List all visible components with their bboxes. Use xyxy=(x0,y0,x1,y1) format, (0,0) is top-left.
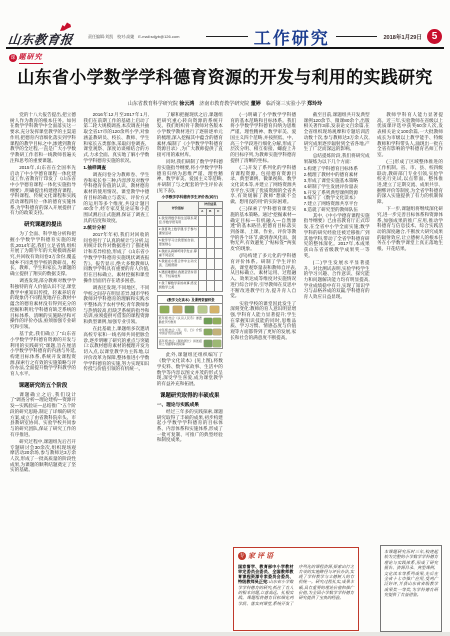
body-paragraph: 经过三年多的实践探索,课题研究取得了丰硕的成果,初步构建起小学数学学科德育的目标… xyxy=(157,409,223,443)
table-header-option: A xyxy=(198,209,206,216)
table-row: 6.遇到难题时,我愿意坚持思考、不轻易放弃 xyxy=(157,270,222,281)
table-cell-result xyxy=(214,270,222,281)
body-column-3: 了解和把握现状之后,课题组把研究重心转向资源的系统开发。我们组织骨干教师对各版本… xyxy=(157,112,223,630)
expert-comment-text: 国家督学、教育部中小学教材审定委员会委员、全国教师教育课程资源专家委员会委员、特… xyxy=(238,564,354,606)
table-header-option: C xyxy=(214,209,222,216)
material-row: 高年级:结合《圆的周长》讲述祖冲之与圆周率的故事 xyxy=(158,338,222,348)
body-paragraph: 调查还发现,不同地区、不同学校之间存在明显差异,城市学校教师对学科德育的理解和实… xyxy=(83,285,149,325)
body-paragraph: (二)学生发展水平显著提升。对比测试表明,实验学校学生的学习兴趣、合作意识、探究… xyxy=(304,260,370,300)
column-heading: 课题研究的五个阶段 xyxy=(10,381,76,389)
body-paragraph: 党的十八大报告提出,把立德树人作为教育的根本任务。如何在数学学科教学中全面落实这… xyxy=(10,112,76,163)
table-row: 3.数学学习让我更加自信、更加细心 xyxy=(157,237,222,248)
body-paragraph: (一)明确了小学数学学科德育的基本范畴和目标体系。我们将小学数学学科德育归纳为思… xyxy=(230,112,296,163)
expert-box-header: 专 家评语 xyxy=(238,551,354,561)
material-thumbnail-image xyxy=(185,306,194,313)
material-row: 低年级:结合《认识人民币》渗透勤俭节约教育 xyxy=(158,316,222,327)
body-column-4: (一)明确了小学数学学科德育的基本范畴和目标体系。我们将小学数学学科德育归纳为思… xyxy=(230,112,296,542)
material-thumbnail-image xyxy=(210,306,219,313)
body-paragraph: (三)形成了区域整体推进的工作机制。省、市、县、校四级联动,教研部门专业引领,实… xyxy=(377,159,443,205)
body-paragraph: 同时,我们研制了数学学科德育实施指导纲要,将小学数学学科德育归纳为思维严谨、理性… xyxy=(157,159,223,193)
body-paragraph: 总结提炼阶段,我们将研究成果凝练为以下几个方面: xyxy=(304,153,370,164)
author-name: 徐云鸿 xyxy=(179,101,194,107)
material-thumbnail-image xyxy=(204,340,212,347)
body-column-2: 2016年12月至2017年1月,我们在前期工作的基础上启动了第二轮大规模调查,… xyxy=(83,112,149,630)
table-cell-result xyxy=(206,248,214,259)
table-cell-result xyxy=(206,259,214,270)
table-cell-indicator: 4.我能认真倾听同学发言,尊重不同意见 xyxy=(157,248,198,259)
body-paragraph: 实验学校的课堂因此发生了深刻变化:教师的育人意识明显增强,学科育人能力显著提升;… xyxy=(230,301,296,341)
issue-date: 2018年1月29日 xyxy=(383,33,422,41)
body-paragraph: 其中,《中小学德育课程实施指导纲要》已由省教育厅正式印发,在全省中小学全面实施;… xyxy=(304,213,370,259)
material-box-caption: 《数学文化读本》及课例资源样张 xyxy=(158,296,222,304)
material-row: 中年级:结合《年、月、日》介绍中国古代历法成就 xyxy=(158,327,222,338)
table-cell-result xyxy=(198,226,206,237)
article-byline: 山东省教育科学研究院 徐云鸿 济南市教育教学研究院 董婷 临沂第三实验小学 郑玲… xyxy=(0,100,450,107)
body-paragraph: (二)开发了系列化的学科德育课程资源。包括德育资源目录、典型课例、微课视频、数学… xyxy=(230,165,296,205)
masthead-title: 山东教育报 xyxy=(7,30,74,48)
numbered-subheading: 1.抽样调查 xyxy=(83,165,149,171)
expert-badge-circle-icon: 专 xyxy=(238,552,246,560)
table-cell-result xyxy=(198,281,206,292)
table-cell-result xyxy=(214,237,222,248)
masthead-brand: 山东教育报 xyxy=(8,26,86,48)
material-thumbnail-image xyxy=(160,306,169,313)
table-row: 7.我了解数学家的故事,感受到数学之美 xyxy=(157,281,222,292)
body-column-5: 截至目前,课题组共开发典型课例120余节、微课80余个,出版相关著作3部,发表论… xyxy=(304,112,370,542)
body-column-6: 教师学科育人能力显著提高。近三年,实验教师在省级以上优质课评选中获奖60余人次,… xyxy=(377,112,443,538)
table-row: 5.我能在小组合作中主动交流、互相帮助 xyxy=(157,259,222,270)
table-header-result: 评价结果 xyxy=(198,202,222,209)
table-cell-indicator: 3.数学学习让我更加自信、更加细心 xyxy=(157,237,198,248)
table-cell-result xyxy=(214,216,222,227)
table-cell-result xyxy=(198,216,206,227)
table-header-indicator: 评价指标 xyxy=(157,202,198,216)
body-paragraph: 研究过程中,课题组先后召开专题研讨会30余次,组织现场观摩活动20余场,参与教师… xyxy=(10,439,76,473)
newspaper-page: 山东教育报 责任编辑:刘凯 校对:高婕 E-mail:sdjyb@126.com… xyxy=(0,0,450,636)
body-paragraph: 2017年年初,我们对回收的问卷进行了认真的统计与分析,运用统计软件对数据进行了… xyxy=(83,232,149,283)
survey-table-grid: 评价指标评价结果ABC1.我觉得数学和生活联系紧密,学数学很有用2.我喜欢上数学… xyxy=(157,201,223,292)
table-cell-result xyxy=(214,281,222,292)
table-row: 1.我觉得数学和生活联系紧密,学数学很有用 xyxy=(157,216,222,227)
table-row: 评价指标评价结果 xyxy=(157,202,222,209)
editor-note-box: 本课题研究历时三年,构建起较为完整的小学数学学科德育理论与实践体系,形成了研究报… xyxy=(380,545,442,632)
body-paragraph: 课题确立之后,我们设计了“调查分析—理论建构—资源开发—实践验证—总结推广”五个… xyxy=(10,392,76,438)
body-paragraph: 在此基础上,课题组多次邀请高校专家和一线名师共同把脉会诊,逐步明晰了研究的重点与… xyxy=(83,326,149,372)
table-cell-result xyxy=(206,237,214,248)
body-paragraph: 下一步,课题组将继续深化研究,进一步完善目标体系和资源体系,加强成果的推广应用,… xyxy=(377,206,443,252)
body-paragraph: 调查发现,部分教师对数学学科独特的育人价值认识不足,课堂教学中重知识传授、轻素养… xyxy=(10,278,76,329)
badge-circle-icon: 课 xyxy=(9,54,17,62)
author-name: 郑玲玲 xyxy=(307,101,322,107)
table-cell-result xyxy=(214,259,222,270)
table-cell-result xyxy=(198,237,206,248)
numbered-subheading: 一、理论与实践成果 xyxy=(157,402,223,408)
table-cell-result xyxy=(206,270,214,281)
body-paragraph: (三)探索了学科德育课堂实施的基本策略。通过“挖掘素材—确定目标—有机融入—自然… xyxy=(230,206,296,252)
table-cell-result xyxy=(198,259,206,270)
table-cell-result xyxy=(214,248,222,259)
survey-table: 小学数学学科德育学生评价表(试行)评价指标评价结果ABC1.我觉得数学和生活联系… xyxy=(157,195,223,292)
table-cell-result xyxy=(198,248,206,259)
body-paragraph: 2015年,山东省在全国率先启动了中小学德育课程一体化建设工作,省教育厅印发了《… xyxy=(10,165,76,216)
page-bottom-margin xyxy=(0,632,450,636)
body-paragraph: 调查问卷分为教师卷、学生卷和家长卷三种,内容涉及对数学学科德育价值的认识、教材德… xyxy=(83,172,149,223)
table-cell-result xyxy=(206,226,214,237)
material-thumbnail-image xyxy=(213,340,221,347)
expert-comment-box: 专 家评语 国家督学、教育部中小学教材审定委员会委员、全国教师教育课程资源专家委… xyxy=(233,547,359,631)
numbered-subheading: 2.统计分析 xyxy=(83,225,149,231)
expert-box-title: 家评语 xyxy=(248,551,275,561)
material-sample-box: 《数学文化读本》及课例资源样张低年级:结合《认识人民币》渗透勤俭节约教育中年级:… xyxy=(157,295,223,350)
material-thumbnail-image xyxy=(198,306,207,313)
table-cell-indicator: 2.我喜欢上数学课,乐于参与课堂活动 xyxy=(157,226,198,237)
body-paragraph: 截至目前,课题组共开发典型课例120余节、微课80余个,出版相关著作3部,发表论… xyxy=(304,112,370,152)
author-affiliation: 临沂第三实验小学 xyxy=(261,101,307,107)
table-cell-indicator: 6.遇到难题时,我愿意坚持思考、不轻易放弃 xyxy=(157,270,198,281)
table-cell-result xyxy=(198,270,206,281)
material-row-text: 低年级:结合《认识人民币》渗透勤俭节约教育 xyxy=(159,317,202,324)
body-paragraph: 此外,课题组还组织编写了《数学文化读本》(见上图),将数学史料、数学家故事、生活… xyxy=(157,352,223,386)
table-row: 4.我能认真倾听同学发言,尊重不同意见 xyxy=(157,248,222,259)
table-row: 2.我喜欢上数学课,乐于参与课堂活动 xyxy=(157,226,222,237)
editor-credits: 责任编辑:刘凯 校对:高婕 E-mail:sdjyb@126.com xyxy=(88,34,200,39)
section-title: 工作研究 xyxy=(254,24,330,49)
table-cell-indicator: 7.我了解数学家的故事,感受到数学之美 xyxy=(157,281,198,292)
page-number-badge: 5 xyxy=(427,29,442,44)
author-affiliation: 济南市教育教学研究院 xyxy=(194,101,250,107)
table-cell-indicator: 5.我能在小组合作中主动交流、互相帮助 xyxy=(157,259,198,270)
body-paragraph: 为了全面、科学地分析和把握小学数学学科德育实施的现状,2014年起,我们立足省情… xyxy=(10,231,76,277)
masthead-row: 山东教育报 责任编辑:刘凯 校对:高婕 E-mail:sdjyb@126.com… xyxy=(8,26,442,47)
material-row-text: 中年级:结合《年、月、日》介绍中国古代历法成就 xyxy=(159,329,202,336)
header-divider-right xyxy=(336,36,378,37)
material-thumbnail-image xyxy=(213,318,221,325)
author-name: 董婷 xyxy=(251,101,261,107)
table-cell-result xyxy=(206,281,214,292)
body-paragraph: 教师学科育人能力显著提高。近三年,实验教师在省级以上优质课评选中获奖60余人次,… xyxy=(377,112,443,158)
material-thumbnail-image xyxy=(204,318,212,325)
material-thumbnail-strip xyxy=(158,304,222,316)
table-header-option: B xyxy=(206,209,214,216)
body-paragraph: (四)构建了多元化的学科德育评价体系。研制了学生评价表、课堂观察量表和教师自评表… xyxy=(230,253,296,299)
body-paragraph: 了解和把握现状之后,课题组把研究重心转向资源的系统开发。我们组织骨干教师对各版本… xyxy=(157,112,223,158)
material-thumbnail-image xyxy=(213,329,221,336)
article-headline: 山东省小学数学学科德育资源的开发与利用的实践研究 xyxy=(0,63,450,88)
column-heading: 课题研究取得的丰硕成果 xyxy=(157,391,223,399)
header-rule xyxy=(6,47,444,49)
material-row-text: 高年级:结合《圆的周长》讲述祖冲之与圆周率的故事 xyxy=(159,340,202,347)
body-paragraph: 2016年12月至2017年1月,我们在前期工作的基础上启动了第二轮大规模调查,… xyxy=(83,112,149,163)
table-cell-indicator: 1.我觉得数学和生活联系紧密,学数学很有用 xyxy=(157,216,198,227)
body-paragraph: 基于此,我们确立了“山东省小学数学学科德育资源的开发与利用的实践研究”课题,旨在… xyxy=(10,331,76,377)
table-cell-result xyxy=(206,216,214,227)
badge-label: 题研究 xyxy=(19,52,43,64)
column-badge: 课 题研究 xyxy=(9,52,43,64)
body-column-1: 党的十八大报告提出,把立德树人作为教育的根本任务。如何在数学学科教学中全面落实这… xyxy=(10,112,76,630)
material-thumbnail-image xyxy=(204,329,212,336)
header-divider-left xyxy=(206,36,248,37)
material-thumbnail-image xyxy=(173,306,182,313)
table-cell-result xyxy=(214,226,222,237)
author-affiliation: 山东省教育科学研究院 xyxy=(128,101,179,107)
article-body: 党的十八大报告提出,把立德树人作为教育的根本任务。如何在数学学科教学中全面落实这… xyxy=(10,112,443,630)
column-heading: 研究课题的提出 xyxy=(10,220,76,228)
survey-table-caption: 小学数学学科德育学生评价表(试行) xyxy=(157,195,223,200)
